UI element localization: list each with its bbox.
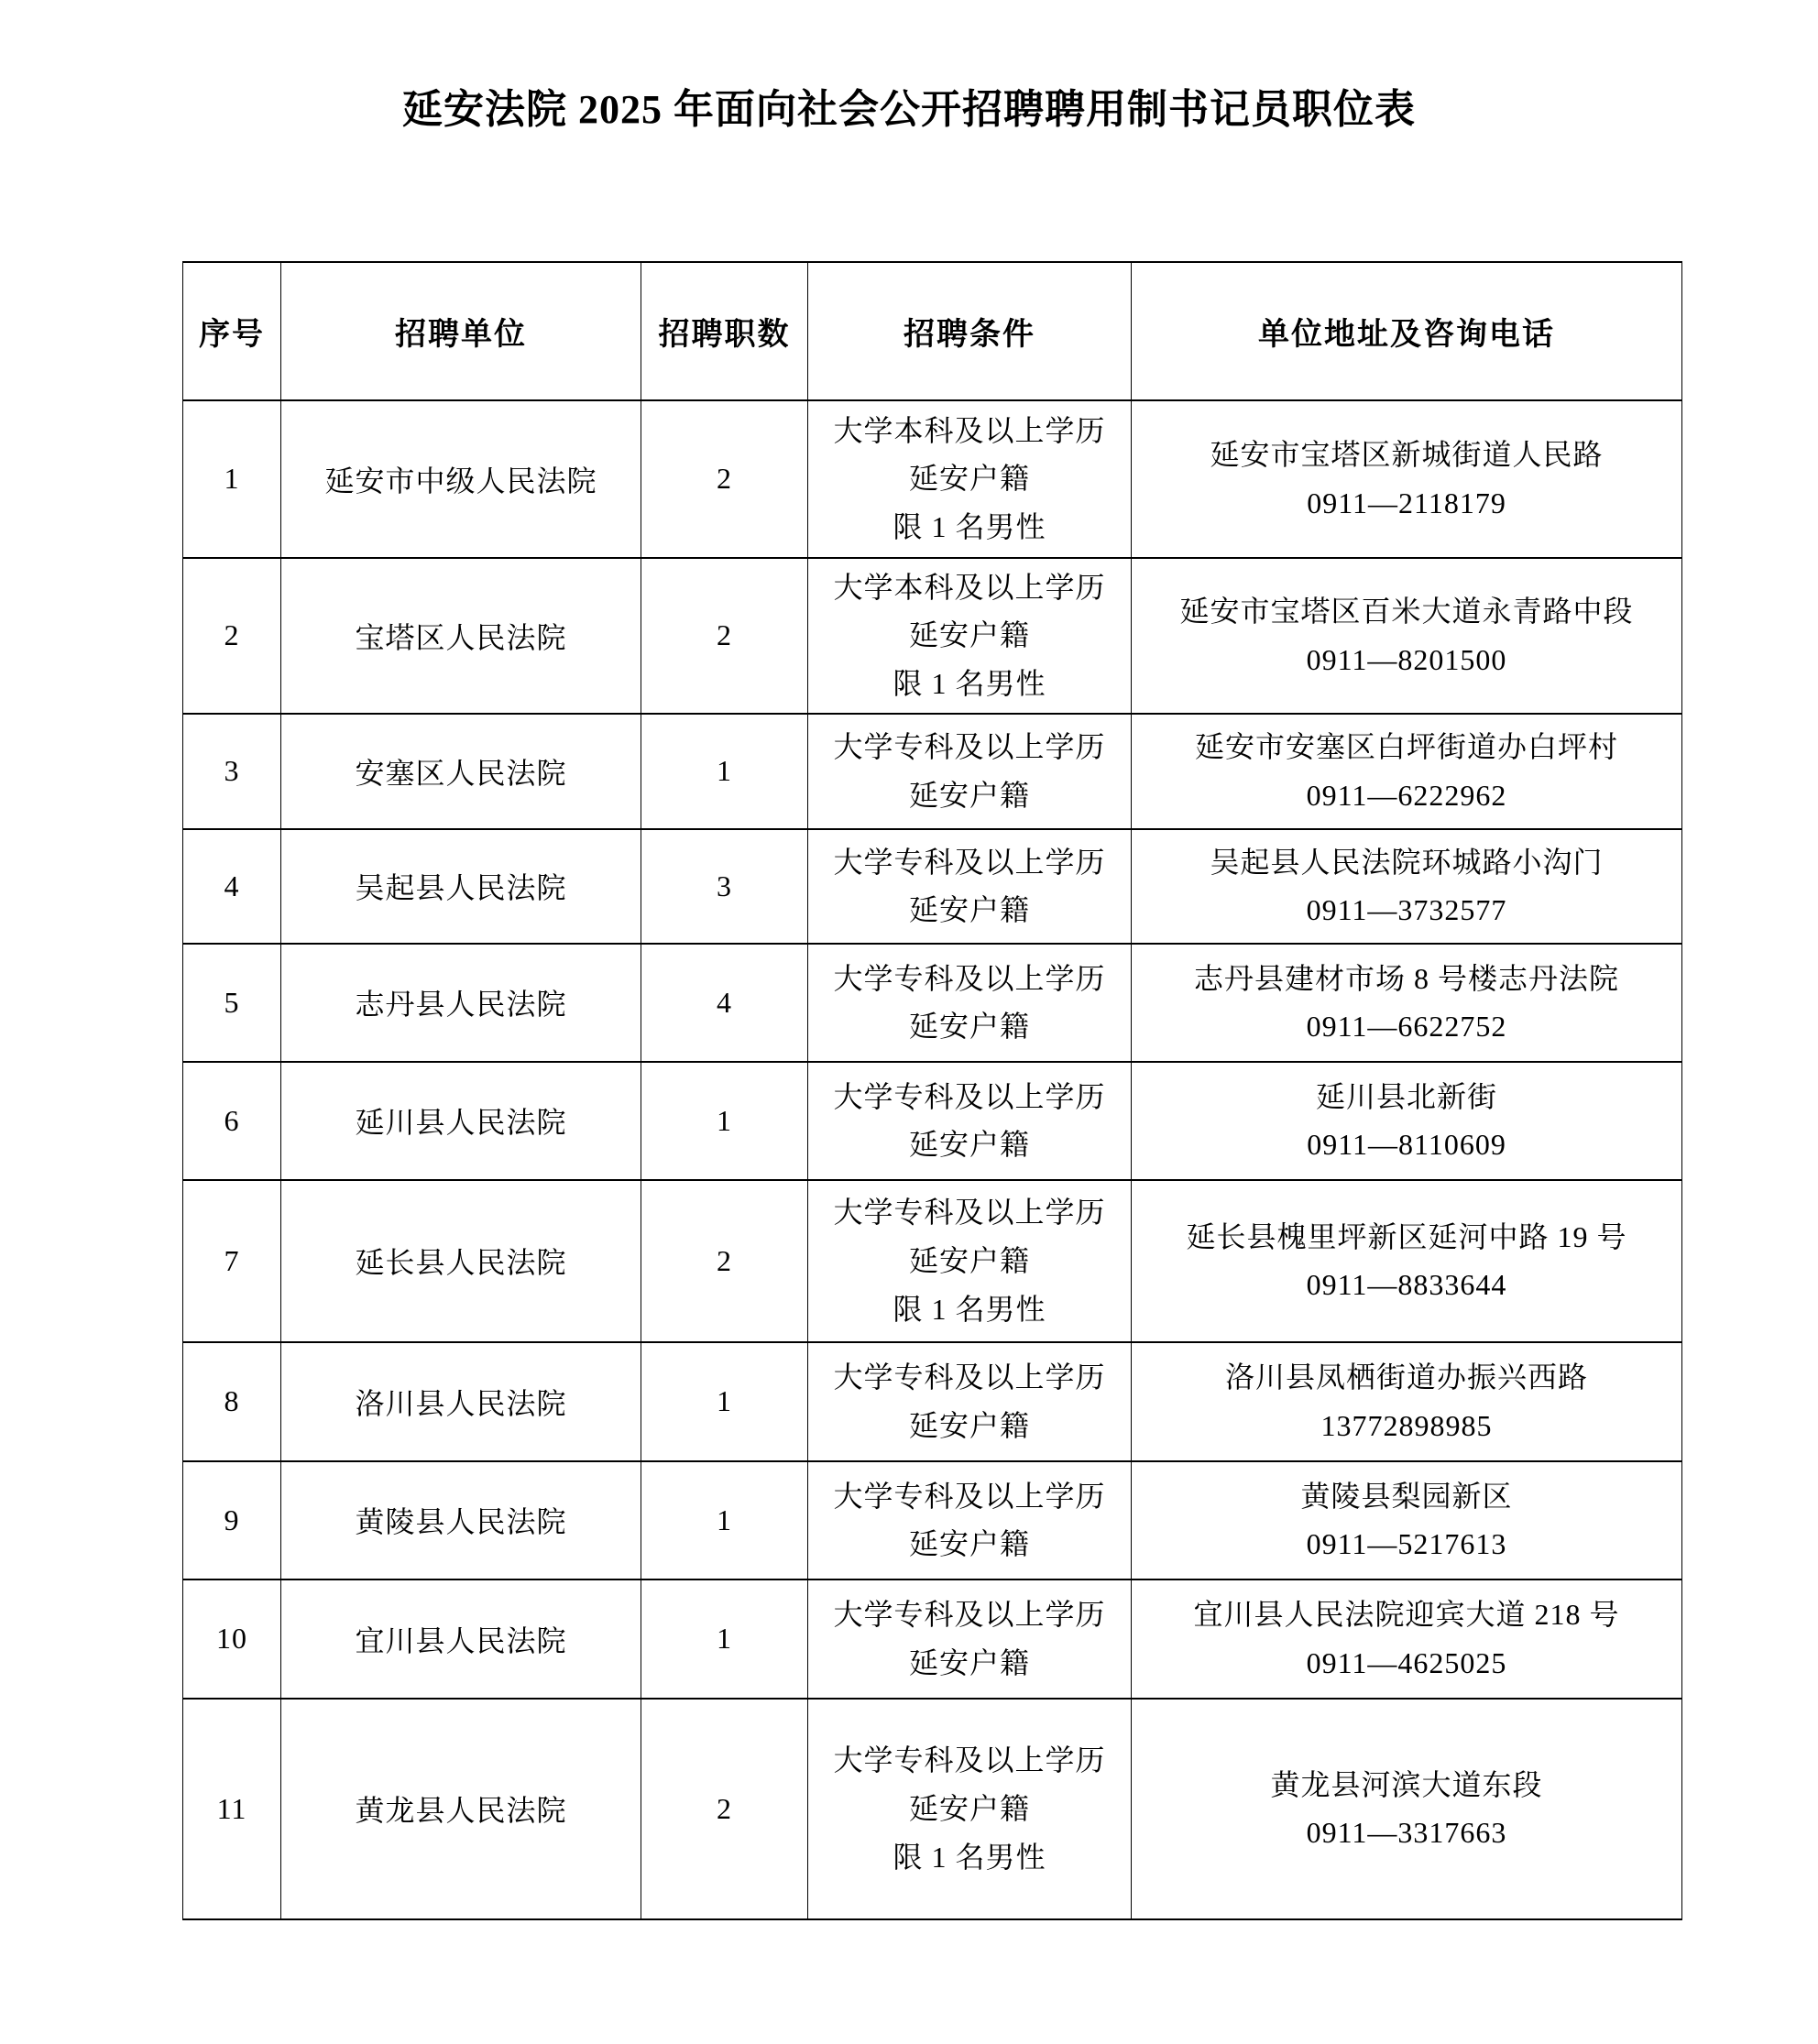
cell-address-and-phone: 延安市宝塔区百米大道永青路中段 0911—8201500 [1132, 558, 1682, 714]
table-row: 2 宝塔区人民法院 2 大学本科及以上学历 延安户籍 限 1 名男性 延安市宝塔… [183, 558, 1682, 714]
cell-serial-number: 1 [183, 400, 281, 558]
cell-recruitment-conditions: 大学专科及以上学历 延安户籍 [808, 829, 1132, 944]
cell-address-and-phone: 宜川县人民法院迎宾大道 218 号 0911—4625025 [1132, 1579, 1682, 1699]
column-header-recruiting-unit: 招聘单位 [281, 262, 641, 400]
cell-recruitment-conditions: 大学本科及以上学历 延安户籍 限 1 名男性 [808, 400, 1132, 558]
table-row: 10 宜川县人民法院 1 大学专科及以上学历 延安户籍 宜川县人民法院迎宾大道 … [183, 1579, 1682, 1699]
column-header-position-count: 招聘职数 [641, 262, 808, 400]
table-row: 5 志丹县人民法院 4 大学专科及以上学历 延安户籍 志丹县建材市场 8 号楼志… [183, 944, 1682, 1062]
column-header-recruitment-conditions: 招聘条件 [808, 262, 1132, 400]
table-row: 7 延长县人民法院 2 大学专科及以上学历 延安户籍 限 1 名男性 延长县槐里… [183, 1180, 1682, 1342]
cell-serial-number: 10 [183, 1579, 281, 1699]
cell-serial-number: 3 [183, 714, 281, 829]
cell-recruiting-unit: 吴起县人民法院 [281, 829, 641, 944]
cell-address-and-phone: 洛川县凤栖街道办振兴西路 13772898985 [1132, 1342, 1682, 1461]
cell-address-and-phone: 黄龙县河滨大道东段 0911—3317663 [1132, 1699, 1682, 1919]
table-row: 11 黄龙县人民法院 2 大学专科及以上学历 延安户籍 限 1 名男性 黄龙县河… [183, 1699, 1682, 1919]
page-title: 延安法院 2025 年面向社会公开招聘聘用制书记员职位表 [0, 0, 1818, 135]
cell-position-count: 1 [641, 1579, 808, 1699]
cell-position-count: 2 [641, 400, 808, 558]
cell-recruitment-conditions: 大学专科及以上学历 延安户籍 限 1 名男性 [808, 1699, 1132, 1919]
cell-serial-number: 9 [183, 1461, 281, 1579]
cell-serial-number: 2 [183, 558, 281, 714]
cell-position-count: 4 [641, 944, 808, 1062]
cell-address-and-phone: 志丹县建材市场 8 号楼志丹法院 0911—6622752 [1132, 944, 1682, 1062]
cell-recruiting-unit: 黄龙县人民法院 [281, 1699, 641, 1919]
cell-serial-number: 5 [183, 944, 281, 1062]
cell-recruiting-unit: 宜川县人民法院 [281, 1579, 641, 1699]
table-row: 3 安塞区人民法院 1 大学专科及以上学历 延安户籍 延安市安塞区白坪街道办白坪… [183, 714, 1682, 829]
cell-recruitment-conditions: 大学专科及以上学历 延安户籍 限 1 名男性 [808, 1180, 1132, 1342]
cell-address-and-phone: 黄陵县梨园新区 0911—5217613 [1132, 1461, 1682, 1579]
cell-address-and-phone: 延安市宝塔区新城街道人民路 0911—2118179 [1132, 400, 1682, 558]
cell-position-count: 1 [641, 1461, 808, 1579]
cell-position-count: 3 [641, 829, 808, 944]
table-row: 6 延川县人民法院 1 大学专科及以上学历 延安户籍 延川县北新街 0911—8… [183, 1062, 1682, 1180]
cell-address-and-phone: 延川县北新街 0911—8110609 [1132, 1062, 1682, 1180]
cell-recruitment-conditions: 大学专科及以上学历 延安户籍 [808, 714, 1132, 829]
cell-recruiting-unit: 延安市中级人民法院 [281, 400, 641, 558]
cell-serial-number: 7 [183, 1180, 281, 1342]
cell-recruitment-conditions: 大学专科及以上学历 延安户籍 [808, 1579, 1132, 1699]
table-row: 1 延安市中级人民法院 2 大学本科及以上学历 延安户籍 限 1 名男性 延安市… [183, 400, 1682, 558]
column-header-address-and-phone: 单位地址及咨询电话 [1132, 262, 1682, 400]
document-page: 延安法院 2025 年面向社会公开招聘聘用制书记员职位表 序号 招聘单位 招聘职… [0, 0, 1818, 2044]
cell-position-count: 1 [641, 1342, 808, 1461]
cell-recruiting-unit: 安塞区人民法院 [281, 714, 641, 829]
cell-recruitment-conditions: 大学专科及以上学历 延安户籍 [808, 1342, 1132, 1461]
cell-address-and-phone: 延安市安塞区白坪街道办白坪村 0911—6222962 [1132, 714, 1682, 829]
cell-position-count: 2 [641, 558, 808, 714]
cell-serial-number: 4 [183, 829, 281, 944]
cell-recruiting-unit: 延长县人民法院 [281, 1180, 641, 1342]
column-header-serial-number: 序号 [183, 262, 281, 400]
positions-table: 序号 招聘单位 招聘职数 招聘条件 单位地址及咨询电话 1 延安市中级人民法院 … [182, 261, 1682, 1920]
cell-address-and-phone: 吴起县人民法院环城路小沟门 0911—3732577 [1132, 829, 1682, 944]
table-row: 8 洛川县人民法院 1 大学专科及以上学历 延安户籍 洛川县凤栖街道办振兴西路 … [183, 1342, 1682, 1461]
cell-address-and-phone: 延长县槐里坪新区延河中路 19 号 0911—8833644 [1132, 1180, 1682, 1342]
cell-position-count: 1 [641, 714, 808, 829]
cell-recruitment-conditions: 大学专科及以上学历 延安户籍 [808, 1062, 1132, 1180]
cell-recruiting-unit: 黄陵县人民法院 [281, 1461, 641, 1579]
cell-recruitment-conditions: 大学专科及以上学历 延安户籍 [808, 944, 1132, 1062]
cell-serial-number: 11 [183, 1699, 281, 1919]
table-header-row: 序号 招聘单位 招聘职数 招聘条件 单位地址及咨询电话 [183, 262, 1682, 400]
cell-recruiting-unit: 宝塔区人民法院 [281, 558, 641, 714]
cell-position-count: 2 [641, 1699, 808, 1919]
cell-serial-number: 8 [183, 1342, 281, 1461]
cell-position-count: 1 [641, 1062, 808, 1180]
cell-recruitment-conditions: 大学专科及以上学历 延安户籍 [808, 1461, 1132, 1579]
cell-recruiting-unit: 洛川县人民法院 [281, 1342, 641, 1461]
cell-recruitment-conditions: 大学本科及以上学历 延安户籍 限 1 名男性 [808, 558, 1132, 714]
table-header: 序号 招聘单位 招聘职数 招聘条件 单位地址及咨询电话 [183, 262, 1682, 400]
table-row: 4 吴起县人民法院 3 大学专科及以上学历 延安户籍 吴起县人民法院环城路小沟门… [183, 829, 1682, 944]
table-row: 9 黄陵县人民法院 1 大学专科及以上学历 延安户籍 黄陵县梨园新区 0911—… [183, 1461, 1682, 1579]
cell-position-count: 2 [641, 1180, 808, 1342]
cell-recruiting-unit: 延川县人民法院 [281, 1062, 641, 1180]
cell-recruiting-unit: 志丹县人民法院 [281, 944, 641, 1062]
positions-table-body: 1 延安市中级人民法院 2 大学本科及以上学历 延安户籍 限 1 名男性 延安市… [183, 400, 1682, 1919]
cell-serial-number: 6 [183, 1062, 281, 1180]
